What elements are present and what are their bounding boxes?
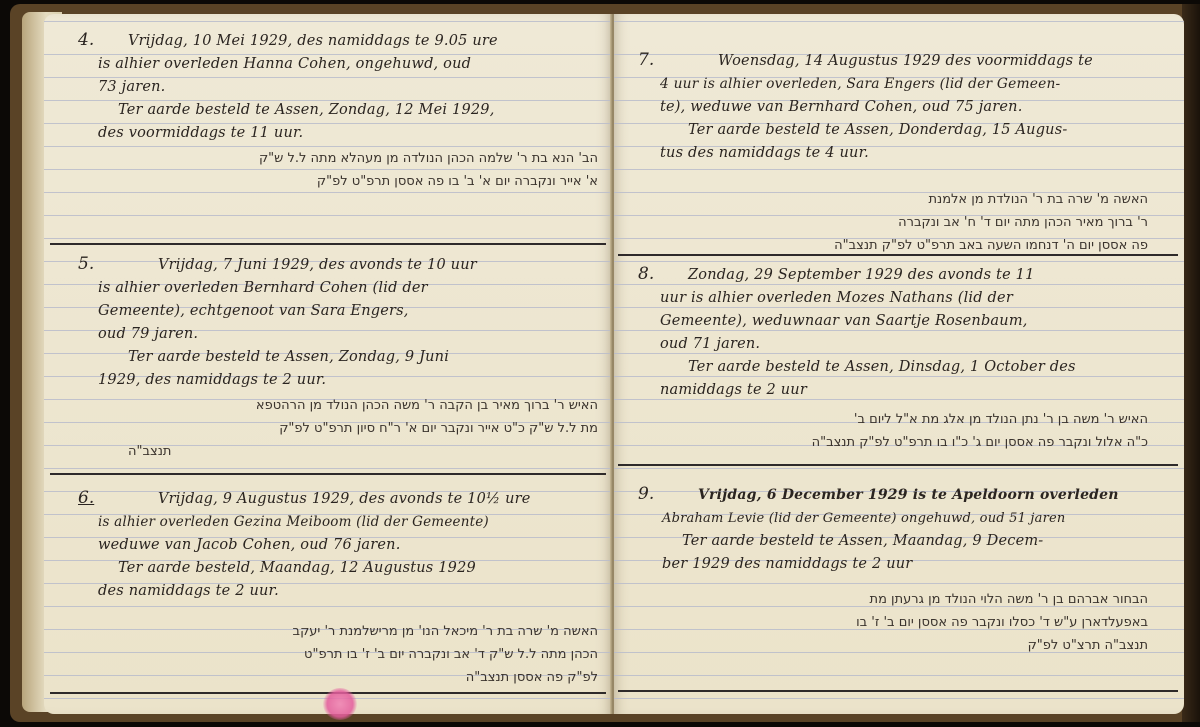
entry-7: 7. Woensdag, 14 Augustus 1929 des voormi…: [638, 50, 1178, 260]
dutch-text: Vrijdag, 9 Augustus 1929, des avonds te …: [158, 488, 531, 603]
entry-number: 6.: [78, 488, 94, 508]
text-line: הבחור אברהם בן ר' משה הלוי הנולד מן גרעת…: [856, 588, 1148, 611]
text-line: Ter aarde besteld te Assen, Maandag, 9 D…: [682, 530, 1119, 553]
text-line: Vrijdag, 9 Augustus 1929, des avonds te …: [158, 488, 531, 511]
entry-number: 9.: [638, 484, 654, 504]
text-line: tus des namiddags te 4 uur.: [660, 142, 1093, 165]
right-page: 7. Woensdag, 14 Augustus 1929 des voormi…: [614, 14, 1184, 714]
text-line: ר' ברוך מאיר הכהן מתה יום ד' ח' אב ונקבר…: [834, 211, 1148, 234]
text-line: האיש ר' ברוך מאיר בן הקבה ר' משה הכהן הנ…: [128, 394, 598, 417]
text-line: Gemeente), echtgenoot van Sara Engers,: [98, 300, 477, 323]
text-line: Gemeente), weduwnaar van Saartje Rosenba…: [660, 310, 1076, 333]
entry-separator: [618, 464, 1178, 466]
text-line: מת ל.ל ש"ק כ"ט אייר ונקבר יום א' ר"ח סיו…: [128, 417, 598, 440]
entry-8: 8. Zondag, 29 September 1929 des avonds …: [638, 264, 1178, 474]
entry-separator: [50, 473, 606, 475]
entry-separator: [618, 690, 1178, 692]
text-line: Ter aarde besteld te Assen, Zondag, 12 M…: [118, 99, 498, 122]
text-line: תנצב"ה: [259, 193, 598, 216]
text-line: oud 71 jaren.: [660, 333, 1076, 356]
text-line: 1929, des namiddags te 2 uur.: [98, 369, 477, 392]
text-line: Ter aarde besteld te Assen, Zondag, 9 Ju…: [128, 346, 477, 369]
text-line: Ter aarde besteld te Assen, Dinsdag, 1 O…: [688, 356, 1076, 379]
text-line: is alhier overleden Hanna Cohen, ongehuw…: [98, 53, 498, 76]
text-line: באפעלדארן ע"ש ד' כסלו ונקבר פה אססן יום …: [856, 611, 1148, 634]
hebrew-text: האשה מ' שרה בת ר' מיכאל הנו' מן מרישלמנת…: [293, 620, 598, 689]
text-line: weduwe van Jacob Cohen, oud 76 jaren.: [98, 534, 531, 557]
dutch-text: Vrijdag, 7 Juni 1929, des avonds te 10 u…: [158, 254, 477, 392]
hebrew-text: האיש ר' ברוך מאיר בן הקבה ר' משה הכהן הנ…: [128, 394, 598, 463]
text-line: Zondag, 29 September 1929 des avonds te …: [688, 264, 1076, 287]
dutch-text: Vrijdag, 10 Mei 1929, des namiddags te 9…: [128, 30, 498, 145]
entry-5: 5. Vrijdag, 7 Juni 1929, des avonds te 1…: [78, 254, 608, 474]
text-line: 73 jaren.: [98, 76, 498, 99]
text-line: תנצב"ה תרצ"ט לפ"ק: [856, 634, 1148, 657]
entry-number: 7.: [638, 50, 654, 70]
dutch-text: Zondag, 29 September 1929 des avonds te …: [688, 264, 1076, 402]
text-line: namiddags te 2 uur: [660, 379, 1076, 402]
text-line: des namiddags te 2 uur.: [98, 580, 531, 603]
text-line: האשה מ' שרה בת ר' מיכאל הנו' מן מרישלמנת…: [293, 620, 598, 643]
entry-separator: [618, 254, 1178, 256]
left-page: 4. Vrijdag, 10 Mei 1929, des namiddags t…: [44, 14, 612, 714]
text-line: Woensdag, 14 Augustus 1929 des voormidda…: [718, 50, 1093, 73]
text-line: des voormiddags te 11 uur.: [98, 122, 498, 145]
text-line: א' אייר ונקברה יום א' ב' בו פה אססן תרפ"…: [259, 170, 598, 193]
entry-9: 9. Vrijdag, 6 December 1929 is te Apeldo…: [638, 484, 1178, 694]
dutch-text: Woensdag, 14 Augustus 1929 des voormidda…: [718, 50, 1093, 165]
text-line: תנצב"ה: [128, 440, 598, 463]
hebrew-text: האשה מ' שרה בת ר' הנולדת מן אלמנת ר' ברו…: [834, 188, 1148, 257]
text-line: הכהן מתה ל.ל ש"ק ד' אב ונקברה יום ב' ז' …: [293, 643, 598, 666]
text-line: Abraham Levie (lid der Gemeente) ongehuw…: [662, 507, 1119, 530]
entry-number: 4.: [78, 30, 94, 50]
entry-number: 5.: [78, 254, 94, 274]
hebrew-text: הבחור אברהם בן ר' משה הלוי הנולד מן גרעת…: [856, 588, 1148, 657]
hebrew-text: האיש ר' משה בן ר' נתן הנולד מן אלג מת א"…: [812, 408, 1148, 454]
text-line: לפ"ק פה אססן תנצב"ה: [293, 666, 598, 689]
text-line: Vrijdag, 7 Juni 1929, des avonds te 10 u…: [158, 254, 477, 277]
text-line: uur is alhier overleden Mozes Nathans (l…: [660, 287, 1076, 310]
entry-number: 8.: [638, 264, 654, 284]
text-line: האשה מ' שרה בת ר' הנולדת מן אלמנת: [834, 188, 1148, 211]
text-line: ber 1929 des namiddags te 2 uur: [662, 553, 1119, 576]
text-line: Vrijdag, 10 Mei 1929, des namiddags te 9…: [128, 30, 498, 53]
pink-ink-stamp: [323, 688, 357, 720]
text-line: Vrijdag, 6 December 1929 is te Apeldoorn…: [698, 484, 1119, 507]
entry-6: 6. Vrijdag, 9 Augustus 1929, des avonds …: [78, 488, 608, 708]
entry-separator: [50, 243, 606, 245]
text-line: האיש ר' משה בן ר' נתן הנולד מן אלג מת א"…: [812, 408, 1148, 431]
dutch-text: Vrijdag, 6 December 1929 is te Apeldoorn…: [698, 484, 1119, 576]
text-line: is alhier overleden Bernhard Cohen (lid …: [98, 277, 477, 300]
text-line: oud 79 jaren.: [98, 323, 477, 346]
hebrew-text: הב' הנא בת ר' שלמה הכהן הנולדה מן מעהלא …: [259, 147, 598, 216]
text-line: Ter aarde besteld te Assen, Donderdag, 1…: [688, 119, 1093, 142]
text-line: הב' הנא בת ר' שלמה הכהן הנולדה מן מעהלא …: [259, 147, 598, 170]
text-line: כ"ה אלול ונקבר פה אססן יום ג' כ"ו בו תרפ…: [812, 431, 1148, 454]
entry-4: 4. Vrijdag, 10 Mei 1929, des namiddags t…: [78, 30, 608, 250]
text-line: Ter aarde besteld, Maandag, 12 Augustus …: [118, 557, 531, 580]
text-line: 4 uur is alhier overleden, Sara Engers (…: [660, 73, 1093, 96]
text-line: is alhier overleden Gezina Meiboom (lid …: [98, 511, 531, 534]
text-line: te), weduwe van Bernhard Cohen, oud 75 j…: [660, 96, 1093, 119]
book-cover-edge: [1182, 4, 1200, 722]
